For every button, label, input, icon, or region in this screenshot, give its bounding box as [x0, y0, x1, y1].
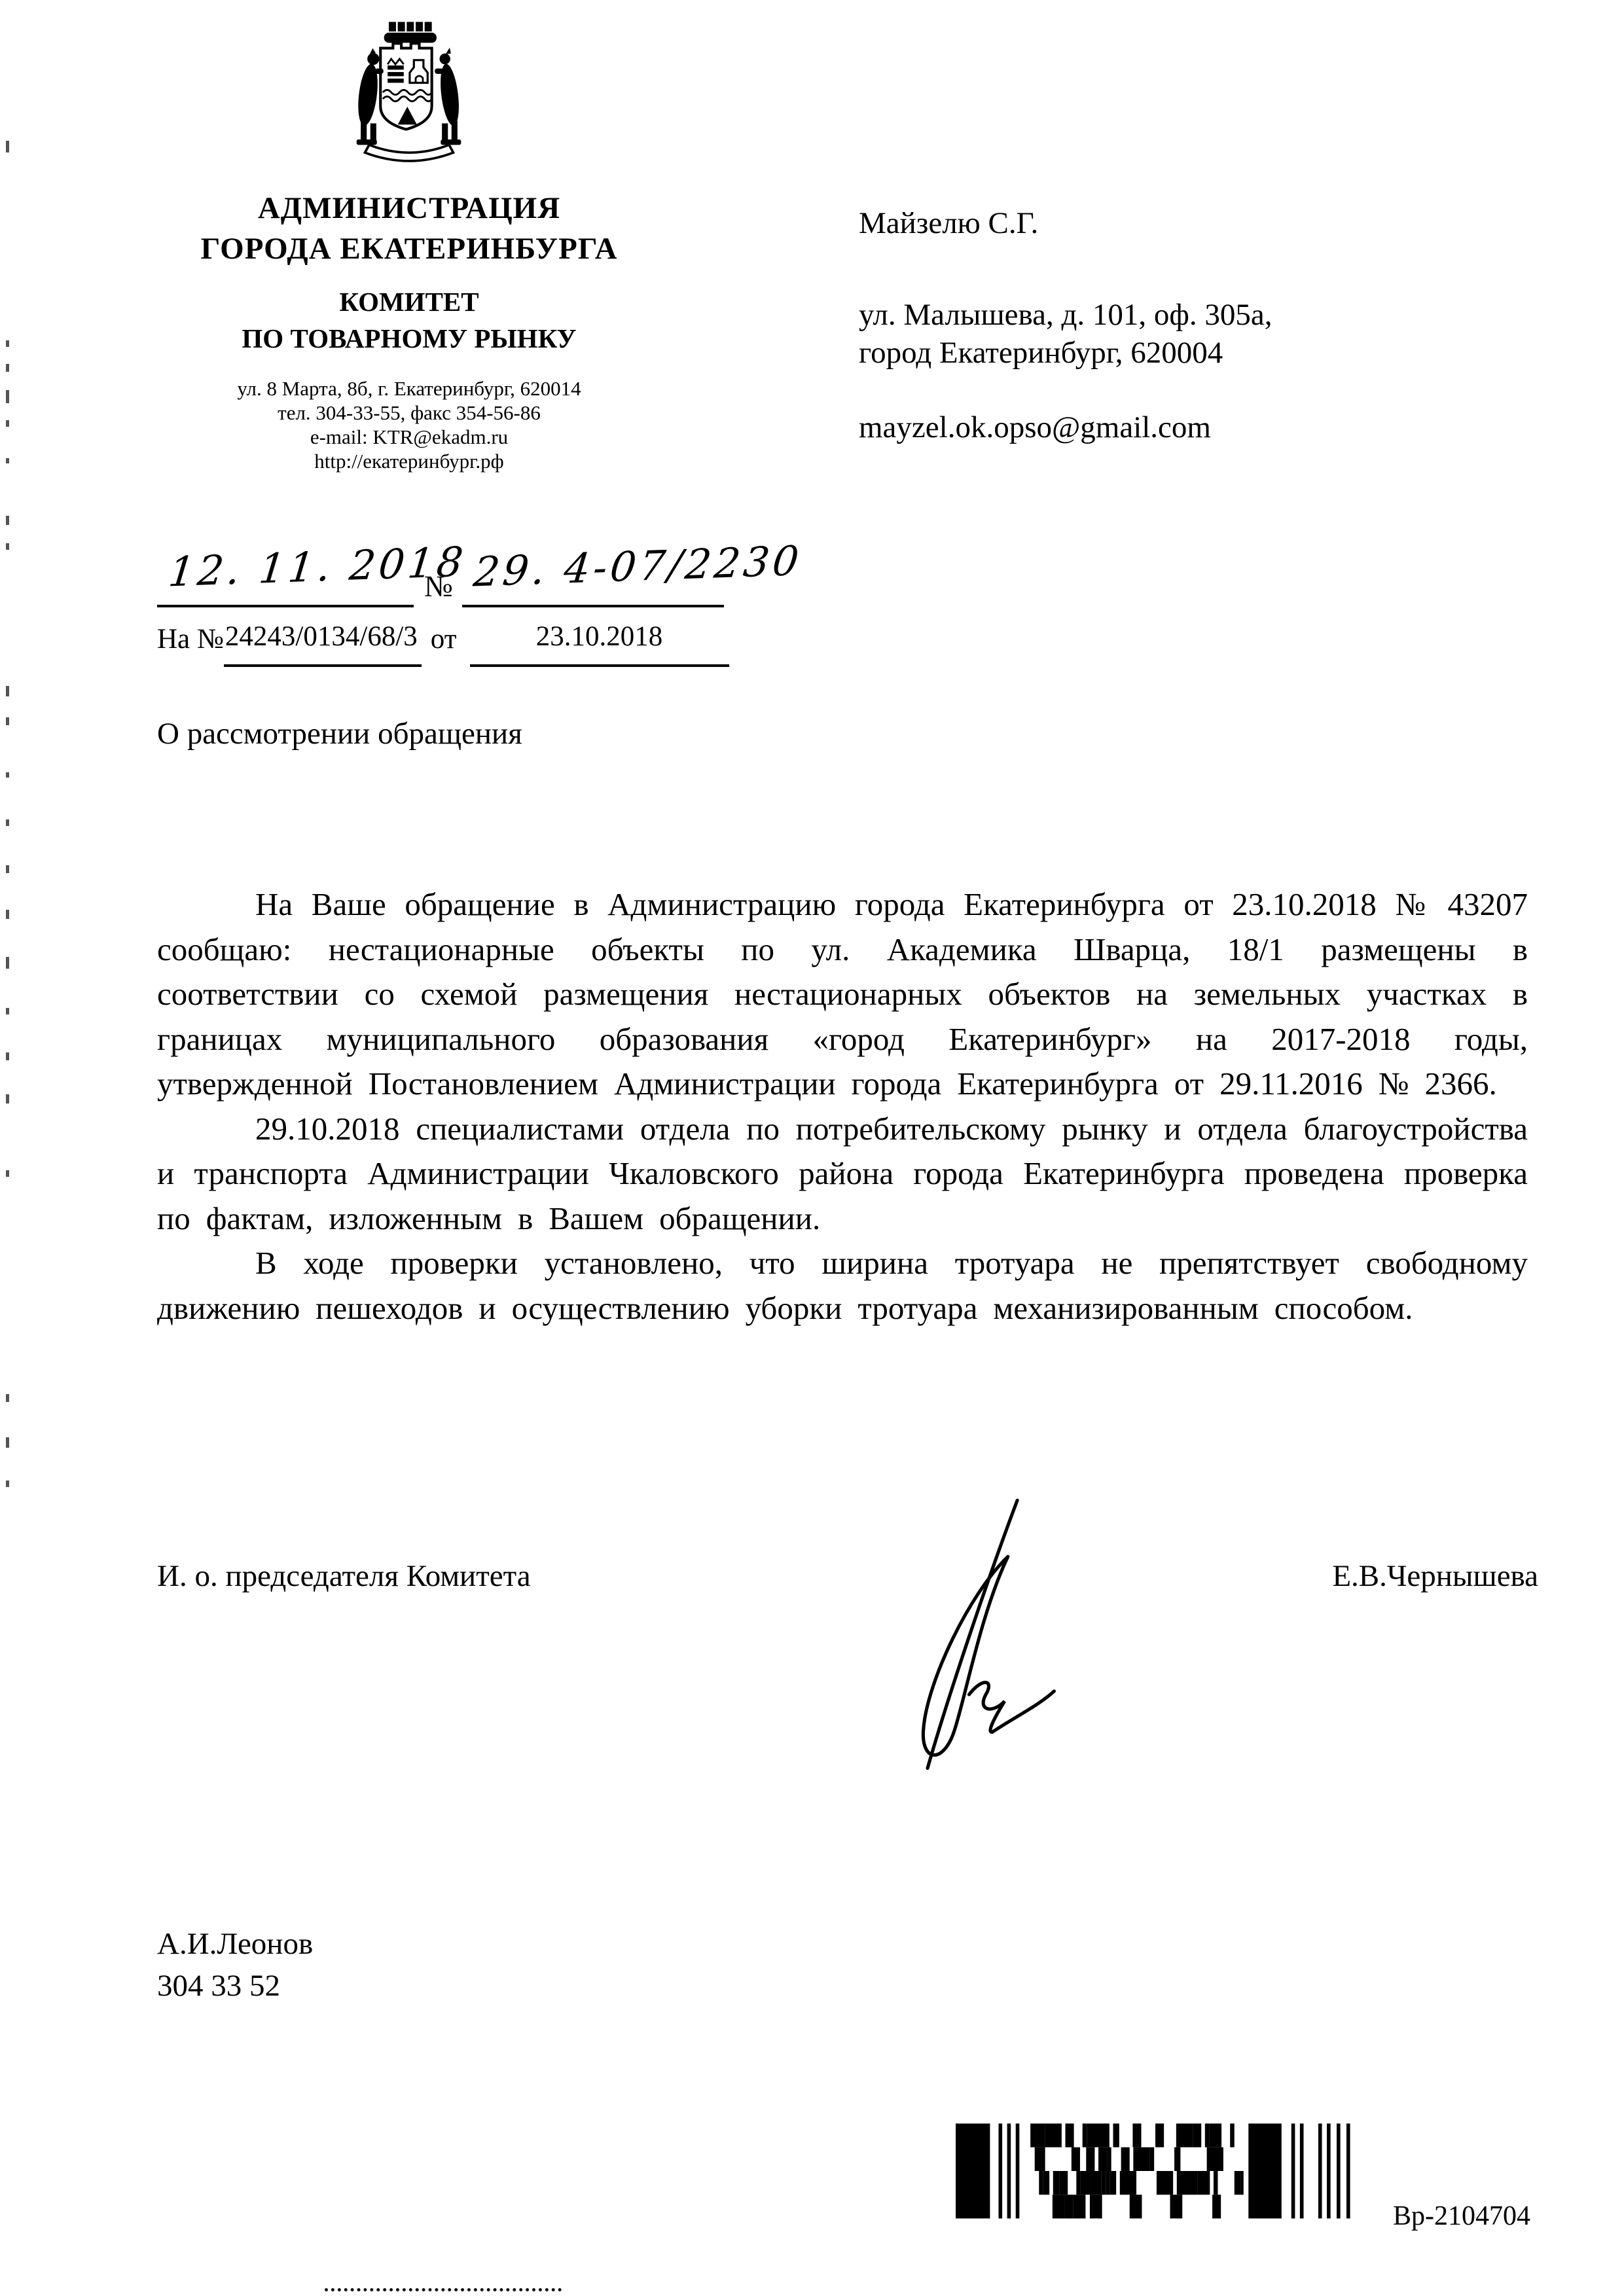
scan-artifact [6, 390, 9, 403]
letter-body: На Ваше обращение в Администрацию города… [157, 882, 1528, 1331]
signature-scribble [848, 1492, 1064, 1784]
yekaterinburg-coat-of-arms-icon [346, 18, 472, 171]
from-label: от [431, 623, 457, 667]
scanned-letter-page: АДМИНИСТРАЦИЯ ГОРОДА ЕКАТЕРИНБУРГА КОМИТ… [0, 0, 1624, 2296]
recipient-email: mayzel.ok.opso@gmail.com [859, 408, 1422, 446]
scan-artifact [6, 1170, 9, 1177]
scan-artifact [6, 819, 9, 826]
org-name-line2: ГОРОДА ЕКАТЕРИНБУРГА [137, 228, 681, 269]
sable-supporter [435, 48, 461, 145]
signer-position: И. о. председателя Комитета [157, 1558, 531, 1594]
scan-artifact [6, 1394, 9, 1402]
org-address-street: ул. 8 Марта, 8б, г. Екатеринбург, 620014 [137, 376, 681, 401]
outgoing-date-handwritten: 12. 11. 2018 [157, 537, 469, 596]
outgoing-date-field: 12. 11. 2018 [157, 548, 414, 607]
scan-artifact [6, 420, 9, 427]
barcode [956, 2122, 1384, 2223]
scan-edge-artifacts [0, 0, 20, 2296]
executor-name: А.И.Леонов [157, 1923, 313, 1965]
mural-crown [384, 22, 437, 43]
body-paragraph-2: 29.10.2018 специалистами отдела по потре… [157, 1107, 1528, 1242]
scan-artifact [6, 364, 9, 372]
committee-line1: КОМИТЕТ [137, 283, 681, 320]
scan-bottom-dots [325, 2288, 562, 2291]
scan-artifact [6, 1052, 9, 1060]
reply-date: 23.10.2018 [470, 620, 729, 667]
scan-artifact [6, 686, 9, 696]
incoming-reference-row: На № 24243/0134/68/3 от 23.10.2018 [157, 620, 729, 667]
scan-artifact [6, 957, 9, 969]
scan-artifact [6, 1437, 9, 1448]
scan-artifact [6, 1094, 9, 1103]
body-paragraph-3: В ходе проверки установлено, что ширина … [157, 1241, 1528, 1331]
recipient-name: Майзелю С.Г. [859, 204, 1422, 242]
recipient-address-line1: ул. Малышева, д. 101, оф. 305а, [859, 296, 1422, 334]
scan-artifact [6, 717, 9, 725]
outgoing-number-field: 29. 4-07/2230 [462, 548, 724, 607]
reply-number: 24243/0134/68/3 [224, 620, 422, 667]
outgoing-number-handwritten: 29. 4-07/2230 [462, 537, 804, 596]
barcode-label: Вр-2104704 [1393, 2200, 1530, 2232]
scan-artifact [6, 141, 9, 152]
executor-phone: 304 33 52 [157, 1965, 313, 2007]
body-paragraph-1: На Ваше обращение в Администрацию города… [157, 882, 1528, 1107]
reply-prefix: На № [157, 623, 224, 667]
recipient-block: Майзелю С.Г. ул. Малышева, д. 101, оф. 3… [859, 204, 1422, 446]
scan-artifact [6, 1480, 9, 1487]
org-address: ул. 8 Марта, 8б, г. Екатеринбург, 620014… [137, 376, 681, 473]
committee-line2: ПО ТОВАРНОМУ РЫНКУ [137, 320, 681, 357]
scan-artifact [6, 458, 9, 463]
scan-artifact [6, 1008, 9, 1014]
signer-name: Е.В.Чернышева [1332, 1558, 1538, 1594]
outgoing-reference-row: 12. 11. 2018 № 29. 4-07/2230 [157, 548, 724, 607]
org-address-site: http://екатеринбург.рф [137, 449, 681, 473]
recipient-address-line2: город Екатеринбург, 620004 [859, 334, 1422, 372]
org-name-line1: АДМИНИСТРАЦИЯ [137, 188, 681, 228]
scan-artifact [6, 340, 9, 347]
scan-artifact [6, 865, 9, 873]
letterhead: АДМИНИСТРАЦИЯ ГОРОДА ЕКАТЕРИНБУРГА КОМИТ… [137, 18, 681, 473]
scan-artifact [6, 910, 9, 919]
scan-artifact [6, 543, 9, 550]
org-address-phone: тел. 304-33-55, факс 354-56-86 [137, 401, 681, 425]
org-address-email: e-mail: KTR@ekadm.ru [137, 425, 681, 449]
executor-block: А.И.Леонов 304 33 52 [157, 1923, 313, 2007]
scan-artifact [6, 516, 9, 525]
scan-artifact [6, 772, 9, 778]
subject-line: О рассмотрении обращения [157, 716, 522, 751]
